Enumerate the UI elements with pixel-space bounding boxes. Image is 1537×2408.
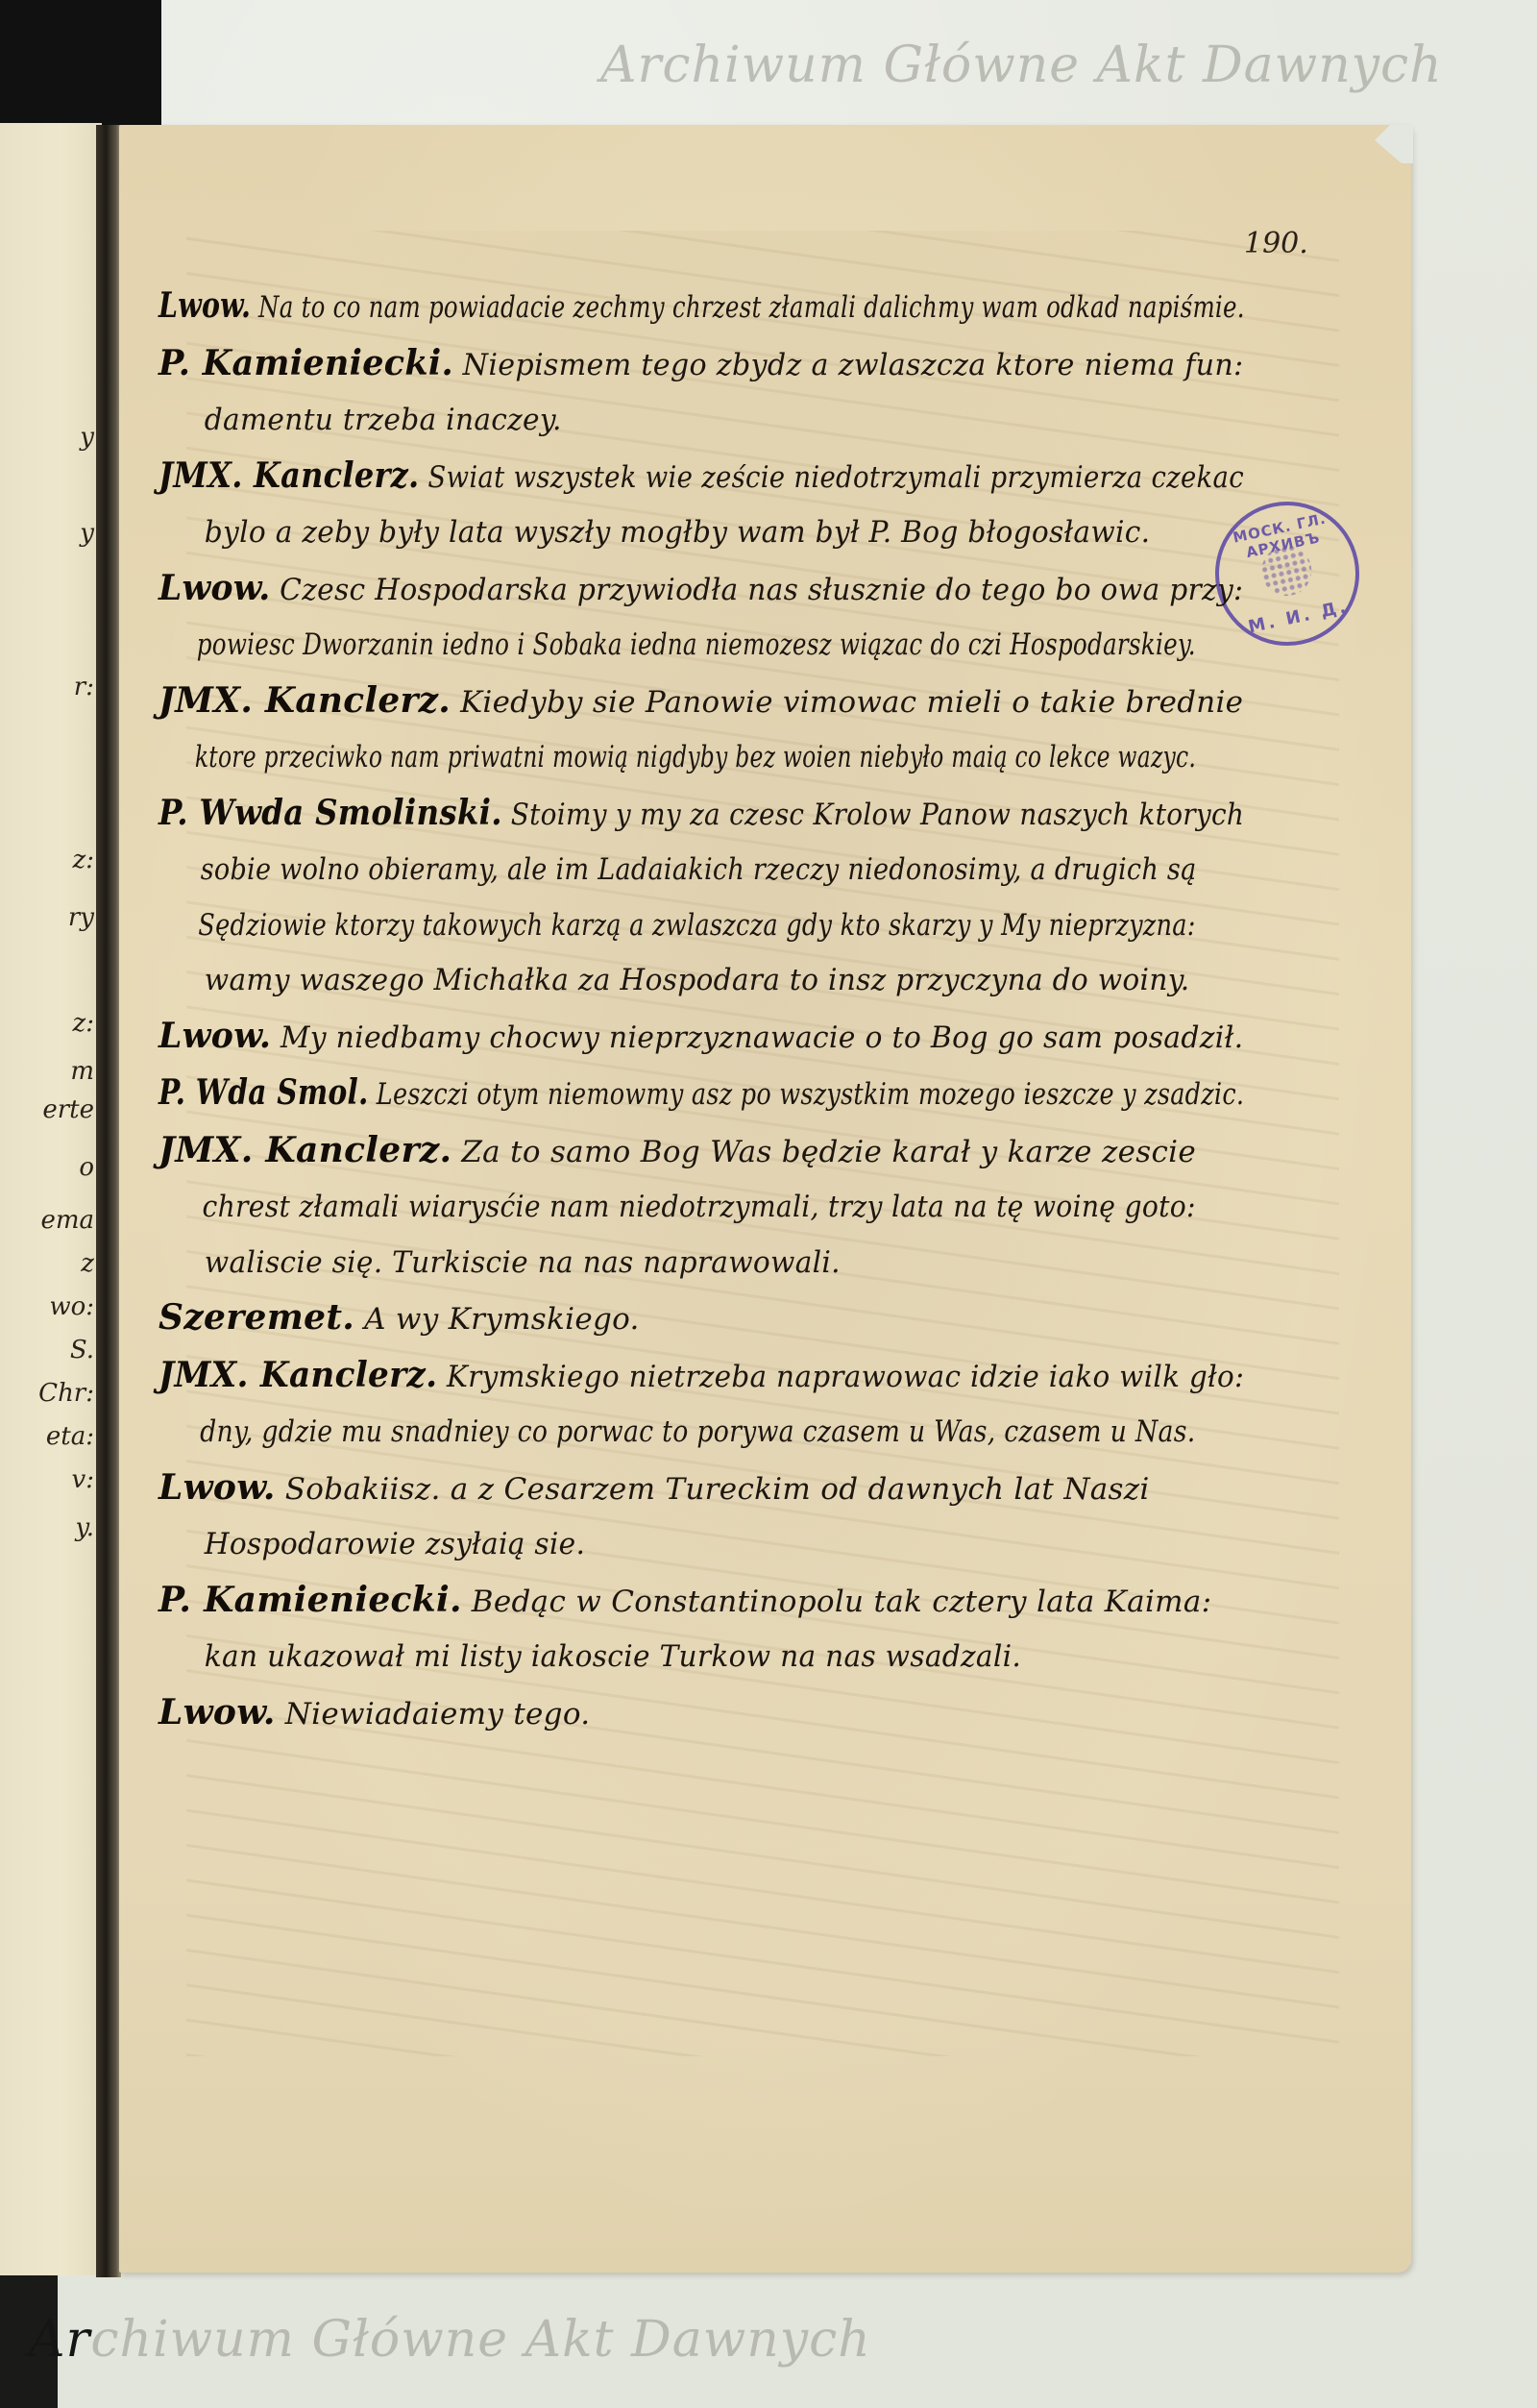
book-gutter [96, 125, 121, 2277]
facing-page-text-fragment: wo: [49, 1292, 94, 1321]
facing-page-text-fragment: z [81, 1249, 94, 1278]
facing-page-text-fragment: S. [70, 1336, 94, 1364]
speaker-name: Lwow. [159, 285, 251, 326]
line-text: Krymskiego nietrzeba naprawowac idzie ia… [447, 1360, 1244, 1394]
facing-page-text-fragment: Chr: [38, 1379, 94, 1408]
speaker-name: P. Wda Smol. [159, 1072, 369, 1113]
line-text: Hospodarowie zsyłaią sie. [205, 1527, 585, 1561]
line-text: Bedąc w Constantinopolu tak cztery lata … [472, 1585, 1212, 1619]
facing-page-text-fragment: z: [73, 1009, 94, 1038]
manuscript-line: Lwow.Czesc Hospodarska przywiodła nas sł… [159, 561, 1199, 619]
manuscript-line: ktore przeciwko nam priwatni mowią nigdy… [159, 730, 980, 786]
manuscript-line: JMX. Kanclerz.Kiedyby sie Panowie vimowa… [159, 674, 1239, 731]
manuscript-line: P. Kamieniecki.Niepismem tego zbydz a zw… [159, 336, 1213, 394]
line-text: damentu trzeba inaczey. [205, 403, 562, 437]
speaker-name: Lwow. [159, 1467, 276, 1508]
line-text: A wy Krymskiego. [364, 1302, 640, 1337]
line-text: Leszczi otym niemowmy asz po wszystkim m… [377, 1077, 1244, 1112]
line-text: Niepismem tego zbydz a zwlaszcza ktore n… [463, 348, 1244, 382]
archive-watermark-bottom: Archiwum Główne Akt Dawnych [29, 2311, 871, 2369]
speaker-name: JMX. Kanclerz. [159, 1130, 451, 1170]
line-text: Czesc Hospodarska przywiodła nas słuszni… [280, 573, 1243, 607]
line-text: Swiat wszystek wie zeście niedotrzymali … [427, 460, 1244, 495]
line-text: sobie wolno obieramy, ale im Ladaiakich … [201, 852, 1197, 887]
line-text: Niewiadaiemy tego. [285, 1697, 591, 1732]
manuscript-line: P. Wda Smol.Leszczi otym niemowmy asz po… [159, 1066, 1052, 1123]
manuscript-line: dny, gdzie mu snadniey co porwac to pory… [159, 1405, 1095, 1461]
folio-number: 190. [1244, 227, 1308, 260]
line-text: Na to co nam powiadacie zechmy chrzest z… [258, 290, 1245, 325]
facing-page-text-fragment: ry [68, 903, 94, 932]
manuscript-line: P. Kamieniecki.Bedąc w Constantinopolu t… [159, 1573, 1244, 1631]
manuscript-line: P. Wwda Smolinski.Stoimy y my za czesc K… [159, 786, 1136, 844]
manuscript-line: wamy waszego Michałka za Hospodara to in… [159, 953, 1196, 1009]
manuscript-line: waliscie się. Turkiscie na nas naprawowa… [159, 1236, 1196, 1291]
line-text: dny, gdzie mu snadniey co porwac to pory… [200, 1414, 1195, 1449]
line-text: powiesc Dworzanin iedno i Sobaka iedna n… [197, 627, 1196, 662]
watermark-light-part: chiwum Główne Akt Dawnych [90, 2311, 870, 2369]
scan-dark-corner-top [0, 0, 161, 128]
line-text: waliscie się. Turkiscie na nas naprawowa… [205, 1245, 841, 1280]
facing-page-text-fragment: m [70, 1057, 94, 1086]
line-text: Kiedyby sie Panowie vimowac mieli o taki… [460, 685, 1243, 720]
facing-page-text-fragment: o [79, 1153, 94, 1182]
manuscript-line: sobie wolno obieramy, ale im Ladaiakich … [159, 843, 1108, 898]
archive-watermark-top: Archiwum Główne Akt Dawnych [600, 37, 1443, 94]
torn-corner [1375, 125, 1413, 163]
manuscript-line: chrest złamali wiarysćie nam niedotrzyma… [159, 1180, 1146, 1236]
line-text: wamy waszego Michałka za Hospodara to in… [205, 963, 1190, 997]
speaker-name: P. Kamieniecki. [159, 1580, 462, 1620]
manuscript-line: Lwow.Na to co nam powiadacie zechmy chrz… [159, 279, 1016, 336]
manuscript-line: Lwow.My niedbamy chocwy nieprzyznawacie … [159, 1009, 1204, 1067]
facing-page-text-fragment: y [80, 519, 94, 548]
speaker-name: JMX. Kanclerz. [159, 680, 451, 721]
line-text: Sędziowie ktorzy takowych karzą a zwlasz… [198, 908, 1195, 943]
line-text: Sobakiisz. a z Cesarzem Tureckim od dawn… [285, 1472, 1150, 1507]
manuscript-line: JMX. Kanclerz.Krymskiego nietrzeba napra… [159, 1348, 1191, 1406]
facing-page-text-fragment: v: [72, 1465, 94, 1494]
manuscript-line: Lwow.Sobakiisz. a z Cesarzem Tureckim od… [159, 1461, 1244, 1518]
speaker-name: Lwow. [159, 1016, 271, 1056]
speaker-name: P. Kamieniecki. [159, 343, 453, 383]
line-text: kan ukazował mi listy iakoscie Turkow na… [205, 1639, 1021, 1674]
manuscript-line: kan ukazował mi listy iakoscie Turkow na… [159, 1630, 1196, 1685]
facing-page-text-fragment: y [80, 423, 94, 452]
speaker-name: Szeremet. [159, 1297, 354, 1338]
facing-page-text-fragment: eta: [46, 1422, 94, 1451]
line-text: chrest złamali wiarysćie nam niedotrzyma… [203, 1190, 1196, 1224]
watermark-dark-part: Ar [29, 2311, 90, 2369]
manuscript-text: Lwow.Na to co nam powiadacie zechmy chrz… [159, 279, 1244, 1742]
line-text: Za to samo Bog Was będzie karał y karze … [461, 1135, 1196, 1169]
facing-page-text-fragment: y. [76, 1513, 95, 1542]
speaker-name: JMX. Kanclerz. [159, 455, 419, 496]
line-text: Stoimy y my za czesc Krolow Panow naszyc… [511, 798, 1244, 832]
speaker-name: P. Wwda Smolinski. [159, 793, 502, 833]
manuscript-line: Lwow.Niewiadaiemy tego. [159, 1685, 1244, 1743]
manuscript-line: Hospodarowie zsyłaią sie. [159, 1517, 1196, 1573]
facing-page-text-fragment: r: [74, 673, 94, 701]
manuscript-line: JMX. Kanclerz.Za to samo Bog Was będzie … [159, 1123, 1244, 1181]
manuscript-line: powiesc Dworzanin iedno i Sobaka iedna n… [159, 618, 1021, 674]
facing-page-text-fragment: ema [40, 1206, 94, 1235]
speaker-name: Lwow. [159, 568, 271, 608]
manuscript-line: damentu trzeba inaczey. [159, 393, 1196, 449]
manuscript-line: Szeremet.A wy Krymskiego. [159, 1290, 1244, 1348]
speaker-name: JMX. Kanclerz. [159, 1355, 437, 1395]
line-text: ktore przeciwko nam priwatni mowią nigdy… [195, 740, 1196, 774]
facing-page-text-fragment: erte [42, 1095, 94, 1124]
speaker-name: Lwow. [159, 1692, 276, 1732]
facing-page-edge: yyr:z:ryz:merteoemazwo:S.Chr:eta:v:y. [0, 123, 102, 2275]
manuscript-line: bylo a zeby były lata wyszły mogłby wam … [159, 505, 1196, 561]
line-text: My niedbamy chocwy nieprzyznawacie o to … [281, 1020, 1244, 1055]
facing-page-text-fragment: z: [73, 846, 94, 874]
manuscript-line: Sędziowie ktorzy takowych karzą a zwlasz… [159, 898, 1055, 954]
line-text: bylo a zeby były lata wyszły mogłby wam … [205, 515, 1151, 550]
manuscript-line: JMX. Kanclerz.Swiat wszystek wie zeście … [159, 449, 1124, 506]
